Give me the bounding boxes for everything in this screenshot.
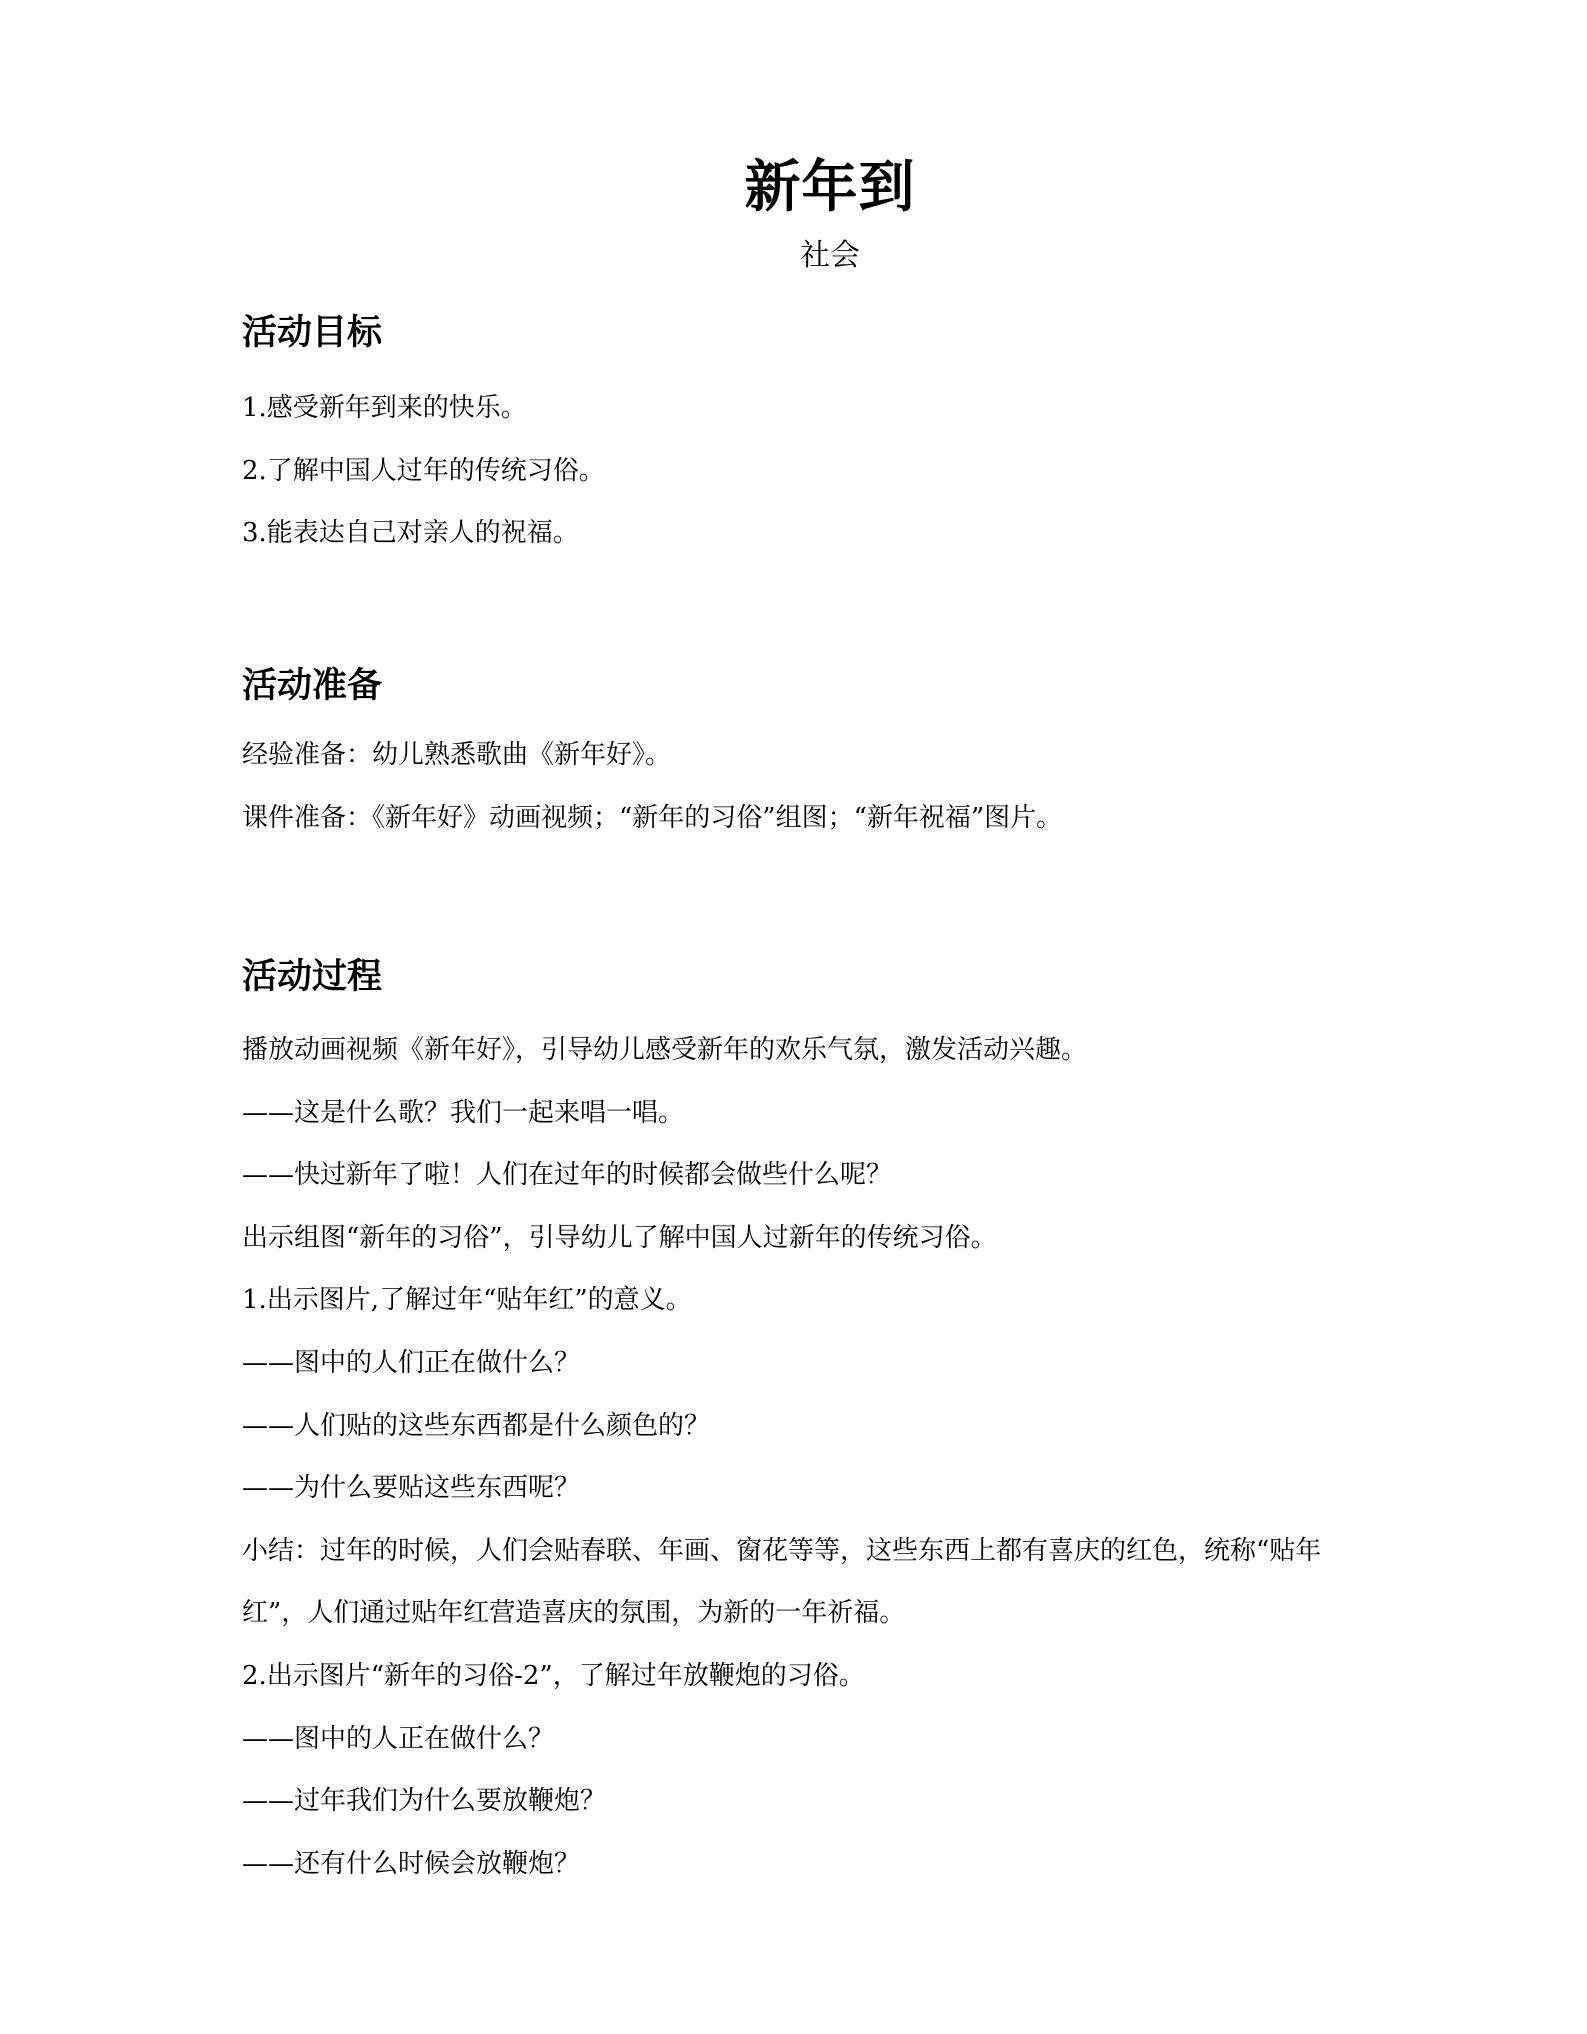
goal-item: 1.感受新年到来的快乐。 [242, 377, 1432, 440]
process-step: 2.出示图片“新年的习俗-2”，了解过年放鞭炮的习俗。 [242, 1645, 1432, 1708]
process-summary-line-2: 红”，人们通过贴年红营造喜庆的氛围，为新的一年祈福。 [242, 1582, 1432, 1645]
document-subtitle: 社会 [242, 236, 1418, 276]
preparation-item: 课件准备：《新年好》动画视频；“新年的习俗”组图；“新年祝福”图片。 [242, 787, 1432, 850]
preparation-item: 经验准备：幼儿熟悉歌曲《新年好》。 [242, 724, 1432, 787]
document-title: 新年到 [242, 150, 1418, 224]
section-heading-process: 活动过程 [242, 953, 382, 1001]
goal-item: 2.了解中国人过年的传统习俗。 [242, 440, 1432, 503]
section-body-goals: 1.感受新年到来的快乐。 2.了解中国人过年的传统习俗。 3.能表达自己对亲人的… [242, 377, 1432, 565]
process-question: ——人们贴的这些东西都是什么颜色的？ [242, 1395, 1432, 1458]
process-line: 出示组图“新年的习俗”，引导幼儿了解中国人过新年的传统习俗。 [242, 1207, 1432, 1270]
process-question: ——还有什么时候会放鞭炮？ [242, 1833, 1432, 1896]
process-question: ——图中的人正在做什么？ [242, 1708, 1432, 1771]
process-question: ——快过新年了啦！人们在过年的时候都会做些什么呢？ [242, 1144, 1432, 1207]
process-line: 播放动画视频《新年好》，引导幼儿感受新年的欢乐气氛，激发活动兴趣。 [242, 1019, 1432, 1082]
process-question: ——这是什么歌？我们一起来唱一唱。 [242, 1082, 1432, 1145]
process-summary-line-1: 小结：过年的时候，人们会贴春联、年画、窗花等等，这些东西上都有喜庆的红色，统称“… [242, 1520, 1432, 1583]
process-question: ——图中的人们正在做什么？ [242, 1332, 1432, 1395]
process-question: ——过年我们为什么要放鞭炮？ [242, 1770, 1432, 1833]
goal-item: 3.能表达自己对亲人的祝福。 [242, 502, 1432, 565]
process-question: ——为什么要贴这些东西呢？ [242, 1457, 1432, 1520]
document-page: 新年到 社会 活动目标 1.感受新年到来的快乐。 2.了解中国人过年的传统习俗。… [0, 0, 1587, 2034]
section-body-preparation: 经验准备：幼儿熟悉歌曲《新年好》。 课件准备：《新年好》动画视频；“新年的习俗”… [242, 724, 1432, 849]
section-body-process: 播放动画视频《新年好》，引导幼儿感受新年的欢乐气氛，激发活动兴趣。 ——这是什么… [242, 1019, 1432, 1895]
section-heading-goals: 活动目标 [242, 309, 382, 357]
process-step: 1.出示图片,了解过年“贴年红”的意义。 [242, 1269, 1432, 1332]
section-heading-preparation: 活动准备 [242, 662, 382, 710]
